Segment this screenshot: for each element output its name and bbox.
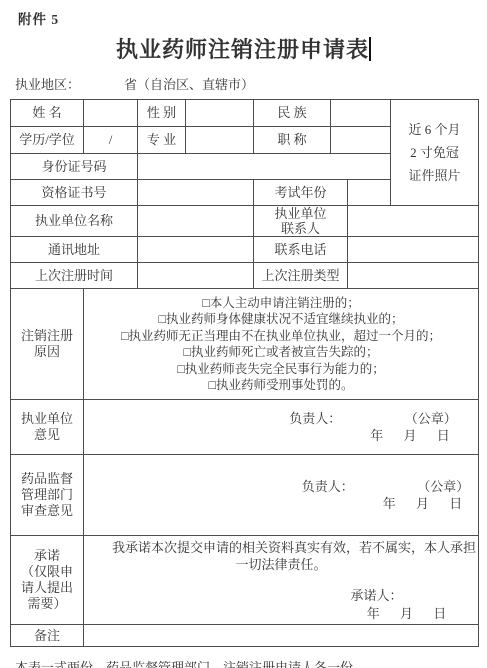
authority-opinion-date-line: 年 月 日: [367, 496, 478, 511]
reason-checkbox-item-1[interactable]: □本人主动申请注销注册的；: [84, 295, 478, 312]
prof-title-value-cell[interactable]: [331, 127, 391, 154]
row-authority-opinion: 药品监督 管理部门 审查意见 负责人：（公章） 年 月 日: [11, 455, 479, 536]
commitment-cell[interactable]: 我承诺本次提交申请的相关资料真实有效，若不属实，本人承担一切法律责任。 承诺人：…: [84, 536, 479, 625]
cert-number-value-cell[interactable]: [138, 180, 254, 206]
last-reg-type-value-cell[interactable]: [348, 263, 479, 289]
prof-title-label: 职 称: [254, 127, 331, 154]
education-value-cell[interactable]: /: [84, 127, 138, 154]
phone-value-cell[interactable]: [348, 237, 479, 263]
employer-opinion-label: 执业单位 意见: [11, 400, 84, 455]
row-employer-opinion: 执业单位 意见 负责人：（公章） 年 月 日: [11, 400, 479, 455]
row-last-registration: 上次注册时间 上次注册类型: [11, 263, 479, 289]
commitment-label: 承诺 （仅限申 请人提出 需要）: [11, 536, 84, 625]
text-cursor: [369, 37, 371, 61]
address-label: 通讯地址: [11, 237, 138, 263]
commitment-date-line: 年 月 日: [335, 606, 478, 621]
authority-opinion-cell[interactable]: 负责人：（公章） 年 月 日: [84, 455, 479, 536]
photo-placeholder: 近 6 个月 2 寸免冠 证件照片: [391, 100, 479, 206]
employer-opinion-date-line: 年 月 日: [342, 428, 478, 443]
form-title: 执业药师注销注册申请表: [116, 37, 369, 62]
employer-opinion-seal-label: （公章）: [411, 411, 457, 426]
attachment-label: 附件 5: [0, 0, 487, 28]
employer-label: 执业单位名称: [11, 206, 138, 237]
name-value-cell[interactable]: [84, 100, 138, 127]
reason-checkbox-item-3[interactable]: □执业药师无正当理由不在执业单位执业，超过一个月的；: [84, 328, 478, 345]
region-line: 执业地区：省（自治区、直辖市）: [15, 74, 487, 93]
major-label: 专 业: [138, 127, 186, 154]
reason-checkbox-item-5[interactable]: □执业药师丧失完全民事行为能力的；: [84, 361, 478, 378]
id-number-label: 身份证号码: [11, 154, 138, 180]
row-remarks: 备注: [11, 625, 479, 647]
row-employer: 执业单位名称 执业单位 联系人: [11, 206, 479, 237]
region-suffix: 省（自治区、直辖市）: [124, 77, 254, 92]
ethnicity-label: 民 族: [254, 100, 331, 127]
reason-checkbox-item-4[interactable]: □执业药师死亡或者被宣告失踪的；: [84, 344, 478, 361]
employer-value-cell[interactable]: [138, 206, 254, 237]
name-label: 姓 名: [11, 100, 84, 127]
remarks-value-cell[interactable]: [84, 625, 479, 647]
address-value-cell[interactable]: [138, 237, 254, 263]
last-reg-type-label: 上次注册类型: [254, 263, 348, 289]
major-value-cell[interactable]: [186, 127, 254, 154]
row-deregistration-reasons: 注销注册 原因 □本人主动申请注销注册的； □执业药师身体健康状况不适宜继续执业…: [11, 289, 479, 400]
authority-opinion-label: 药品监督 管理部门 审查意见: [11, 455, 84, 536]
document-page: 附件 5 执业药师注销注册申请表 执业地区：省（自治区、直辖市） 姓 名 性 别…: [0, 0, 487, 668]
employer-opinion-signer-line: 负责人：（公章）: [268, 411, 478, 426]
commitment-signer-label: 承诺人：: [275, 588, 478, 603]
employer-contact-label: 执业单位 联系人: [254, 206, 348, 237]
ethnicity-value-cell[interactable]: [331, 100, 391, 127]
commitment-statement: 我承诺本次提交申请的相关资料真实有效，若不属实，本人承担一切法律责任。: [84, 539, 478, 573]
application-form-table: 姓 名 性 别 民 族 近 6 个月 2 寸免冠 证件照片 学历/学位 / 专 …: [10, 99, 479, 647]
id-number-value-cell[interactable]: [138, 154, 391, 180]
gender-value-cell[interactable]: [186, 100, 254, 127]
row-address-phone: 通讯地址 联系电话: [11, 237, 479, 263]
reason-checkbox-item-6[interactable]: □执业药师受刑事处罚的。: [84, 377, 478, 394]
last-reg-time-value-cell[interactable]: [138, 263, 254, 289]
region-label: 执业地区：: [15, 77, 80, 92]
employer-contact-value-cell[interactable]: [348, 206, 479, 237]
education-label: 学历/学位: [11, 127, 84, 154]
authority-opinion-signer-label: 负责人：: [302, 479, 354, 494]
reason-checkbox-item-2[interactable]: □执业药师身体健康状况不适宜继续执业的；: [84, 311, 478, 328]
title-row: 执业药师注销注册申请表: [0, 33, 487, 63]
row-commitment: 承诺 （仅限申 请人提出 需要） 我承诺本次提交申请的相关资料真实有效，若不属实…: [11, 536, 479, 625]
exam-year-label: 考试年份: [254, 180, 348, 206]
exam-year-value-cell[interactable]: [348, 180, 391, 206]
reasons-label: 注销注册 原因: [11, 289, 84, 400]
authority-opinion-seal-label: （公章）: [424, 479, 470, 494]
authority-opinion-signer-line: 负责人：（公章）: [293, 479, 478, 494]
row-name-gender-ethnicity: 姓 名 性 别 民 族 近 6 个月 2 寸免冠 证件照片: [11, 100, 479, 127]
footer-note: 本表一式两份，药品监督管理部门、注销注册申请人各一份。: [15, 657, 487, 668]
phone-label: 联系电话: [254, 237, 348, 263]
last-reg-time-label: 上次注册时间: [11, 263, 138, 289]
remarks-label: 备注: [11, 625, 84, 647]
employer-opinion-signer-label: 负责人：: [289, 411, 341, 426]
gender-label: 性 别: [138, 100, 186, 127]
cert-number-label: 资格证书号: [11, 180, 138, 206]
employer-opinion-cell[interactable]: 负责人：（公章） 年 月 日: [84, 400, 479, 455]
reasons-list-cell: □本人主动申请注销注册的； □执业药师身体健康状况不适宜继续执业的； □执业药师…: [84, 289, 479, 400]
